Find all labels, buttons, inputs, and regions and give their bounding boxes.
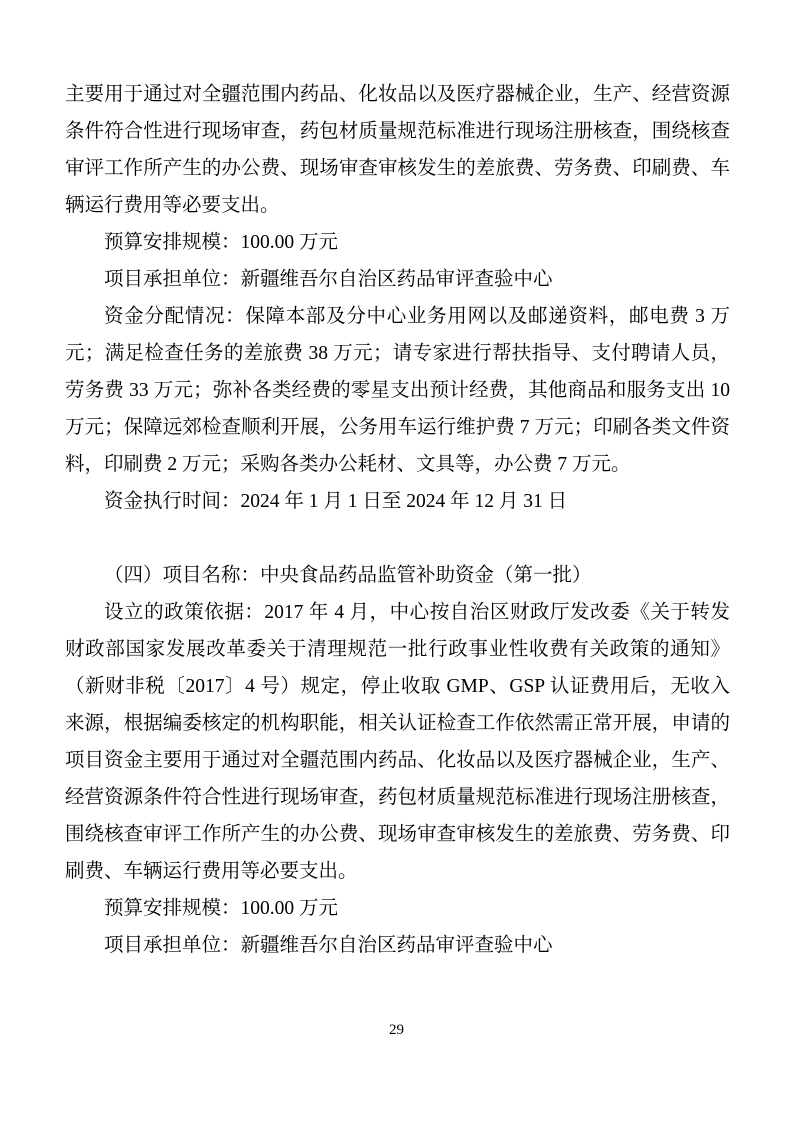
document-page: 主要用于通过对全疆范围内药品、化妆品以及医疗器械企业，生产、经营资源条件符合性进…: [0, 0, 793, 1122]
fund-allocation-paragraph: 资金分配情况：保障本部及分中心业务用网以及邮递资料，邮电费 3 万元；满足检查任…: [65, 298, 730, 483]
page-number: 29: [0, 1020, 793, 1040]
execution-period-line: 资金执行时间：2024 年 1 月 1 日至 2024 年 12 月 31 日: [65, 483, 730, 520]
undertaking-unit-line-1: 项目承担单位：新疆维吾尔自治区药品审评查验中心: [65, 261, 730, 298]
project-4-title-line: （四）项目名称：中央食品药品监管补助资金（第一批）: [65, 557, 730, 594]
continuation-paragraph: 主要用于通过对全疆范围内药品、化妆品以及医疗器械企业，生产、经营资源条件符合性进…: [65, 76, 730, 224]
document-body: 主要用于通过对全疆范围内药品、化妆品以及医疗器械企业，生产、经营资源条件符合性进…: [65, 76, 730, 964]
budget-scale-line-1: 预算安排规模：100.00 万元: [65, 224, 730, 261]
policy-basis-paragraph: 设立的政策依据：2017 年 4 月，中心按自治区财政厅发改委《关于转发财政部国…: [65, 594, 730, 890]
budget-scale-line-2: 预算安排规模：100.00 万元: [65, 890, 730, 927]
undertaking-unit-line-2: 项目承担单位：新疆维吾尔自治区药品审评查验中心: [65, 927, 730, 964]
